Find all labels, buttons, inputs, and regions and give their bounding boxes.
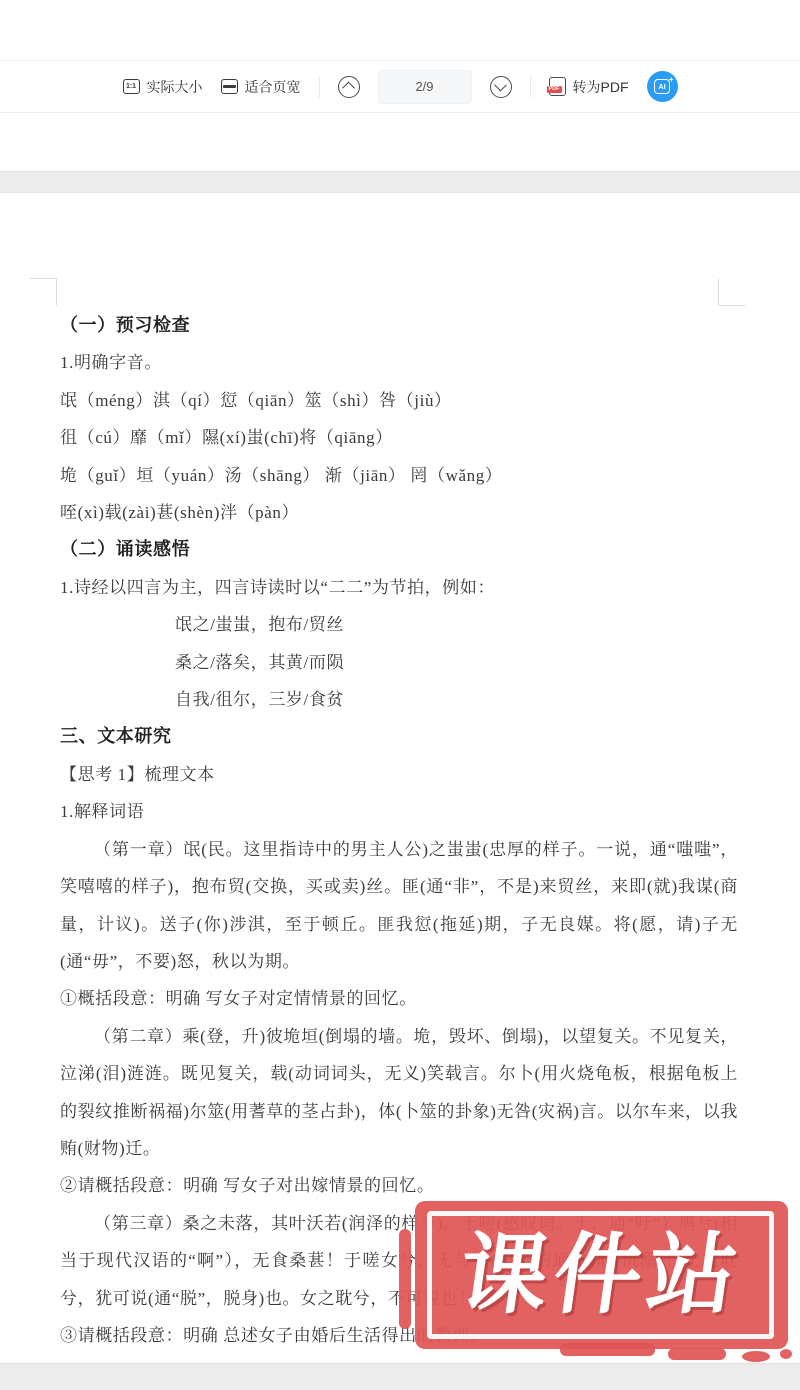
bottom-gray-band [0, 1363, 800, 1390]
watermark-ink-blob [668, 1348, 726, 1360]
watermark-text: 课件站 [454, 1231, 748, 1319]
pinyin-line: 氓（méng）淇（qí）愆（qiān）筮（shì）咎（jiù） [60, 382, 738, 419]
poem-line: 桑之/落矣，其黄/而陨 [60, 644, 738, 681]
actual-size-icon: 1:1 [123, 79, 140, 94]
next-page-button[interactable] [490, 76, 512, 98]
pdf-document-icon: PDF [549, 77, 566, 96]
fit-width-button[interactable]: 适合页宽 [221, 77, 301, 97]
toolbar-divider [530, 76, 531, 98]
actual-size-label: 实际大小 [147, 77, 203, 97]
ai-icon: AI [654, 79, 670, 94]
toolbar-divider [319, 76, 320, 98]
watermark-ink-blob [742, 1351, 770, 1362]
fit-width-label: 适合页宽 [245, 77, 301, 97]
top-white-strip [0, 0, 800, 60]
watermark-ink-blob [560, 1343, 655, 1356]
section-heading-3: 三、文本研究 [60, 718, 738, 755]
doc-paragraph: 1.解释词语 [60, 793, 738, 830]
doc-paragraph: 1.诗经以四言为主，四言诗读时以“二二”为节拍，例如： [60, 569, 738, 606]
chapter-1-notes: （第一章）氓(民。这里指诗中的男主人公)之蚩蚩(忠厚的样子。一说，通“嗤嗤”，笑… [60, 831, 738, 981]
pdf-badge: PDF [547, 86, 562, 94]
page-separator-band [0, 171, 800, 193]
watermark-stamp: 课件站 [415, 1201, 788, 1349]
previous-page-button[interactable] [338, 76, 360, 98]
document-page: （一）预习检查 1.明确字音。 氓（méng）淇（qí）愆（qiān）筮（shì… [0, 193, 800, 1363]
actual-size-button[interactable]: 1:1 实际大小 [123, 77, 203, 97]
summary-line-1: ①概括段意：明确 写女子对定情情景的回忆。 [60, 980, 738, 1017]
pinyin-line: 垝（guǐ）垣（yuán）汤（shāng） 渐（jiān） 罔（wǎng） [60, 457, 738, 494]
pinyin-line: 徂（cú）靡（mǐ）隰(xí)蚩(chī)将（qiāng） [60, 419, 738, 456]
fit-width-icon [221, 79, 238, 94]
section-heading-1: （一）预习检查 [60, 307, 738, 344]
summary-line-2: ②请概括段意：明确 写女子对出嫁情景的回忆。 [60, 1167, 738, 1204]
doc-paragraph: 1.明确字音。 [60, 344, 738, 381]
chevron-up-icon [342, 82, 355, 95]
watermark-ink-blob [399, 1229, 411, 1329]
chevron-down-icon [494, 79, 507, 92]
page-corner-mark-left [30, 278, 57, 305]
convert-to-pdf-label: 转为PDF [573, 77, 629, 97]
section-heading-2: （二）诵读感悟 [60, 531, 738, 568]
page-indicator-input[interactable]: 2/9 [378, 70, 472, 104]
ai-plus-icon: + [669, 76, 674, 84]
poem-line: 自我/徂尔，三岁/食贫 [60, 681, 738, 718]
poem-line: 氓之/蚩蚩，抱布/贸丝 [60, 606, 738, 643]
watermark-ink-blob [780, 1349, 792, 1359]
pinyin-line: 咥(xì)载(zài)葚(shèn)泮（pàn） [60, 494, 738, 531]
doc-paragraph: 【思考 1】梳理文本 [60, 756, 738, 793]
ai-assistant-button[interactable]: AI + [647, 71, 678, 102]
page-corner-mark-right [718, 279, 745, 306]
viewer-toolbar: 1:1 实际大小 适合页宽 2/9 PDF 转为PDF AI + [0, 60, 800, 113]
chapter-2-notes: （第二章）乘(登，升)彼垝垣(倒塌的墙。垝，毁坏、倒塌)，以望复关。不见复关，泣… [60, 1018, 738, 1168]
toolbar-page-gap [0, 113, 800, 171]
convert-to-pdf-button[interactable]: PDF 转为PDF [549, 77, 629, 97]
